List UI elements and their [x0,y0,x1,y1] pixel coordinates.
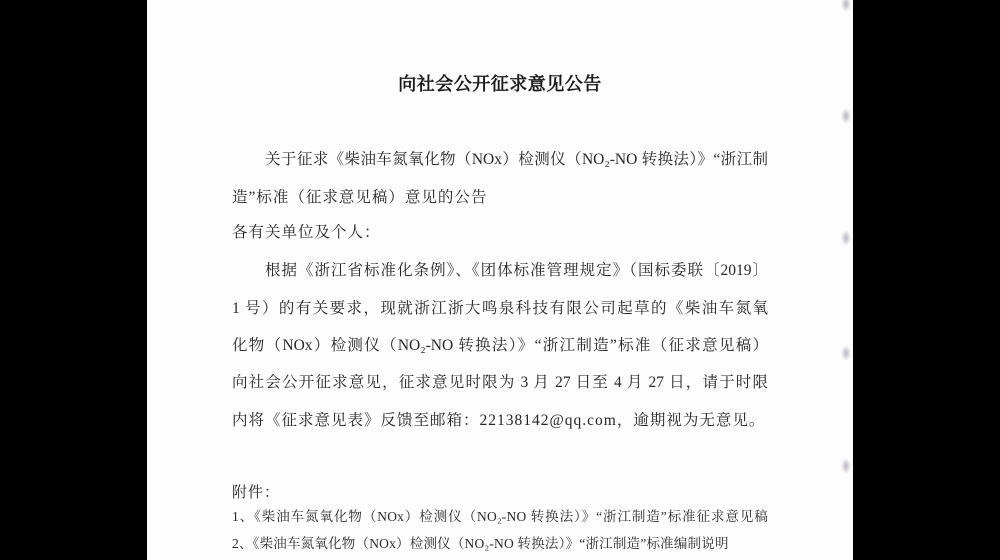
scan-artifact [841,230,851,246]
body-line: 1 号）的有关要求，现就浙江浙大鸣泉科技有限公司起草的《柴油车氮氧 [232,299,768,319]
scan-artifact [841,345,851,361]
scan-artifact [841,458,851,474]
scanned-document-page: 向社会公开征求意见公告 关于征求《柴油车氮氧化物（NOx）检测仪（NO₂-NO … [147,0,853,560]
attachment-item: 2、《柴油车氮氧化物（NOx）检测仪（NO₂-NO 转换法）》“浙江制造”标准编… [232,535,768,553]
body-line: 化物（NOx）检测仪（NO₂-NO 转换法）》“浙江制造”标准（征求意见稿） [232,336,768,356]
body-line: 向社会公开征求意见，征求意见时限为 3 月 27 日至 4 月 27 日，请于时… [232,373,768,393]
attachment-item: 1、《柴油车氮氧化物（NOx）检测仪（NO₂-NO 转换法）》“浙江制造”标准征… [232,508,768,526]
body-line: 关于征求《柴油车氮氧化物（NOx）检测仪（NO₂-NO 转换法）》“浙江制 [232,150,768,170]
scan-artifact [841,108,851,124]
salutation-line: 各有关单位及个人： [232,223,768,243]
body-line: 造”标准（征求意见稿）意见的公告 [232,188,768,208]
body-line: 根据《浙江省标准化条例》、《团体标准管理规定》（国标委联〔2019〕 [232,261,768,281]
viewer-background: 向社会公开征求意见公告 关于征求《柴油车氮氧化物（NOx）检测仪（NO₂-NO … [0,0,1000,560]
attachments-label: 附件： [232,481,280,502]
body-line-email: 内将《征求意见表》反馈至邮箱：22138142@qq.com，逾期视为无意见。 [232,411,768,431]
scan-artifact [841,0,851,12]
document-title: 向社会公开征求意见公告 [147,70,853,96]
